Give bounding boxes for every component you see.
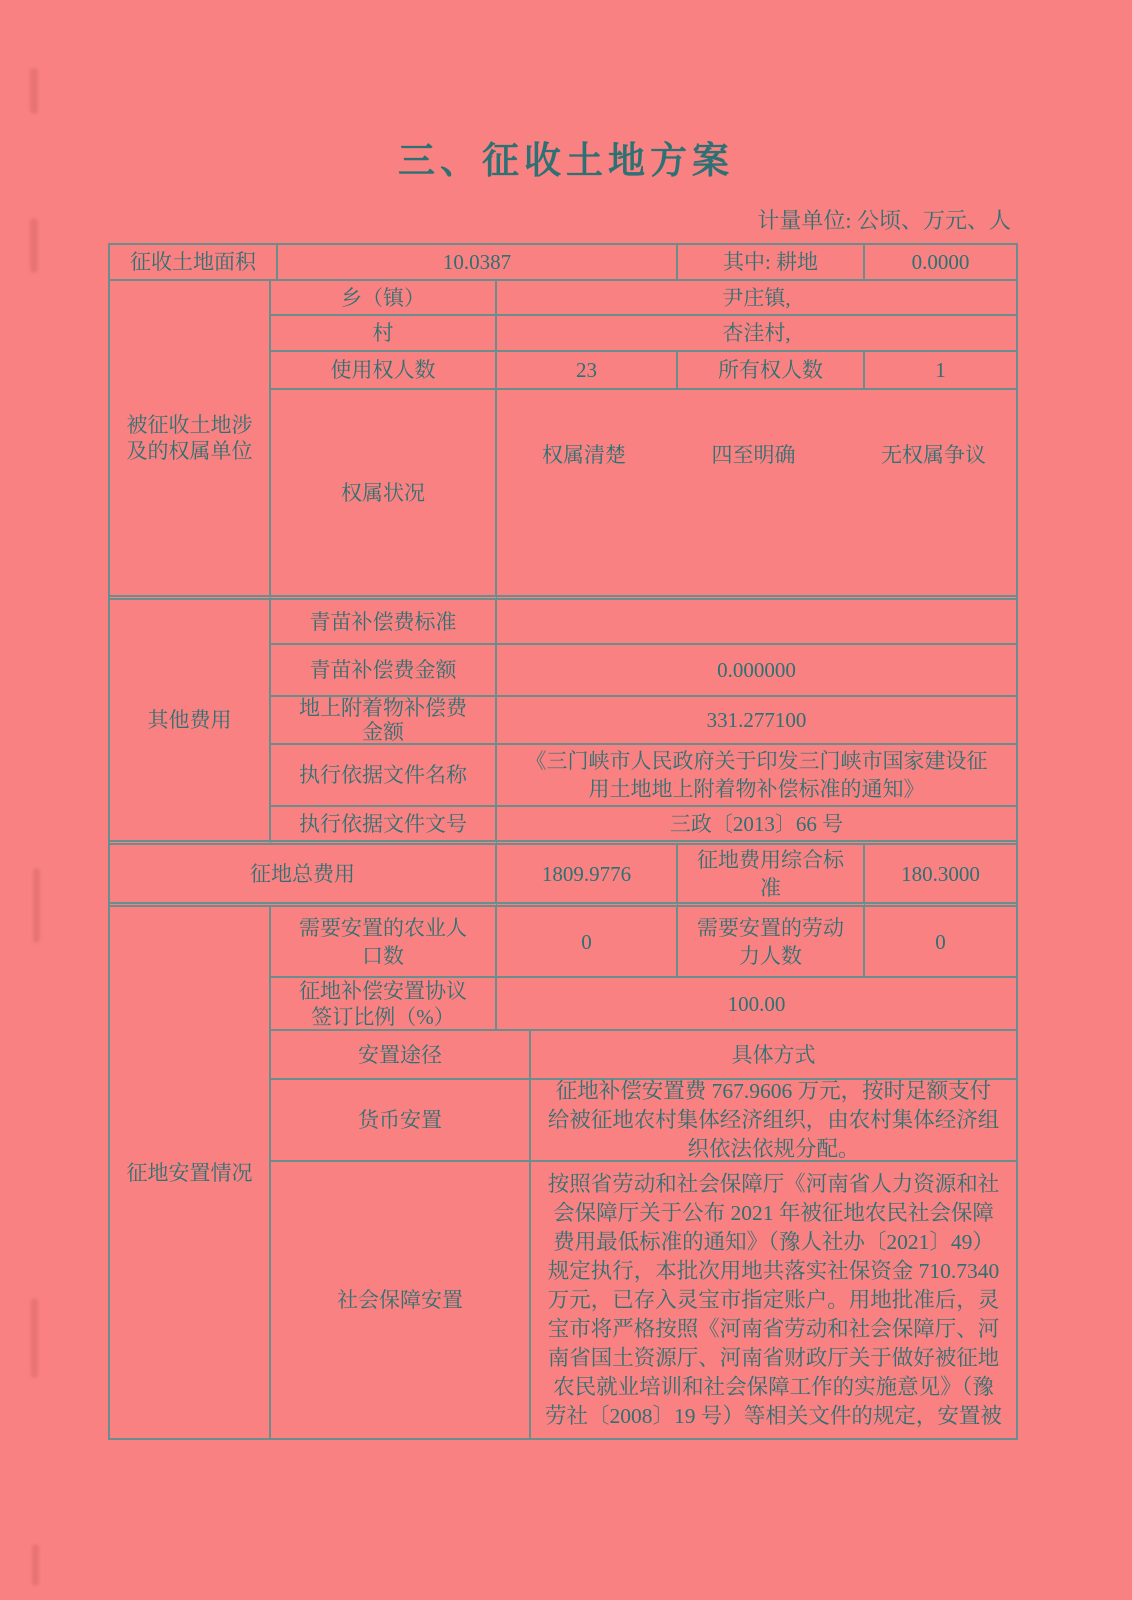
scan-artifact — [31, 1298, 38, 1378]
scanned-document-page: 三、征收土地方案 计量单位: 公顷、万元、人 征收土地面积 10.0387 其中… — [0, 0, 1132, 1600]
resettlement-section-label: 征地安置情况 — [110, 907, 271, 1438]
ground-attachments-value: 331.277100 — [497, 697, 1016, 745]
agricultural-population-label: 需要安置的农业人口数 — [271, 907, 497, 978]
township-label: 乡（镇） — [271, 281, 497, 316]
total-cost-label: 征地总费用 — [110, 845, 497, 907]
comprehensive-standard-value: 180.3000 — [865, 845, 1016, 907]
use-right-holders-value: 23 — [497, 352, 678, 390]
seedling-standard-value — [497, 600, 1016, 645]
social-security-label: 社会保障安置 — [271, 1162, 531, 1438]
seedling-amount-label: 青苗补偿费金额 — [271, 645, 497, 697]
comprehensive-standard-label: 征地费用综合标准 — [678, 845, 865, 907]
basis-doc-number-label: 执行依据文件文号 — [271, 807, 497, 845]
ownership-section-label: 被征收土地涉及的权属单位 — [110, 281, 271, 600]
ground-attachments-label: 地上附着物补偿费金额 — [271, 697, 497, 745]
basis-doc-name-label: 执行依据文件名称 — [271, 745, 497, 807]
cultivated-land-label: 其中: 耕地 — [678, 245, 865, 281]
village-value: 杏洼村, — [497, 316, 1016, 352]
labor-force-value: 0 — [865, 907, 1016, 978]
township-value: 尹庄镇, — [497, 281, 1016, 316]
labor-force-label: 需要安置的劳动力人数 — [678, 907, 865, 978]
specific-method-header: 具体方式 — [531, 1031, 1016, 1080]
monetary-resettlement-text: 征地补偿安置费 767.9606 万元，按时足额支付给被征地农村集体经济组织，由… — [531, 1080, 1016, 1162]
seedling-amount-value: 0.000000 — [497, 645, 1016, 697]
monetary-resettlement-label: 货币安置 — [271, 1080, 531, 1162]
ownership-status-label: 权属状况 — [271, 390, 497, 600]
page-title: 三、征收土地方案 — [0, 130, 1132, 184]
ownership-holders-value: 1 — [865, 352, 1016, 390]
seedling-standard-label: 青苗补偿费标准 — [271, 600, 497, 645]
measurement-unit-note: 计量单位: 公顷、万元、人 — [108, 204, 1011, 235]
social-security-text: 按照省劳动和社会保障厅《河南省人力资源和社会保障厅关于公布 2021 年被征地农… — [531, 1162, 1016, 1438]
agreement-ratio-value: 100.00 — [497, 978, 1016, 1031]
basis-doc-number-value: 三政〔2013〕66 号 — [497, 807, 1016, 845]
land-area-label: 征收土地面积 — [110, 245, 278, 281]
ownership-holders-label: 所有权人数 — [678, 352, 865, 390]
land-area-value: 10.0387 — [278, 245, 678, 281]
cultivated-land-value: 0.0000 — [865, 245, 1016, 281]
land-acquisition-table: 征收土地面积 10.0387 其中: 耕地 0.0000 被征收土地涉及的权属单… — [108, 243, 1018, 1440]
ownership-status-items: 权属清楚四至明确无权属争议 — [497, 390, 1016, 600]
total-cost-value: 1809.9776 — [497, 845, 678, 907]
scan-artifact — [33, 868, 40, 943]
village-label: 村 — [271, 316, 497, 352]
resettlement-way-header: 安置途径 — [271, 1031, 531, 1080]
agricultural-population-value: 0 — [497, 907, 678, 978]
scan-artifact — [32, 1544, 39, 1586]
scan-artifact — [30, 68, 38, 114]
basis-doc-name-value: 《三门峡市人民政府关于印发三门峡市国家建设征用土地地上附着物补偿标准的通知》 — [497, 745, 1016, 807]
use-right-holders-label: 使用权人数 — [271, 352, 497, 390]
agreement-ratio-label: 征地补偿安置协议签订比例（%） — [271, 978, 497, 1031]
other-fees-section-label: 其他费用 — [110, 600, 271, 845]
scan-artifact — [30, 218, 38, 273]
